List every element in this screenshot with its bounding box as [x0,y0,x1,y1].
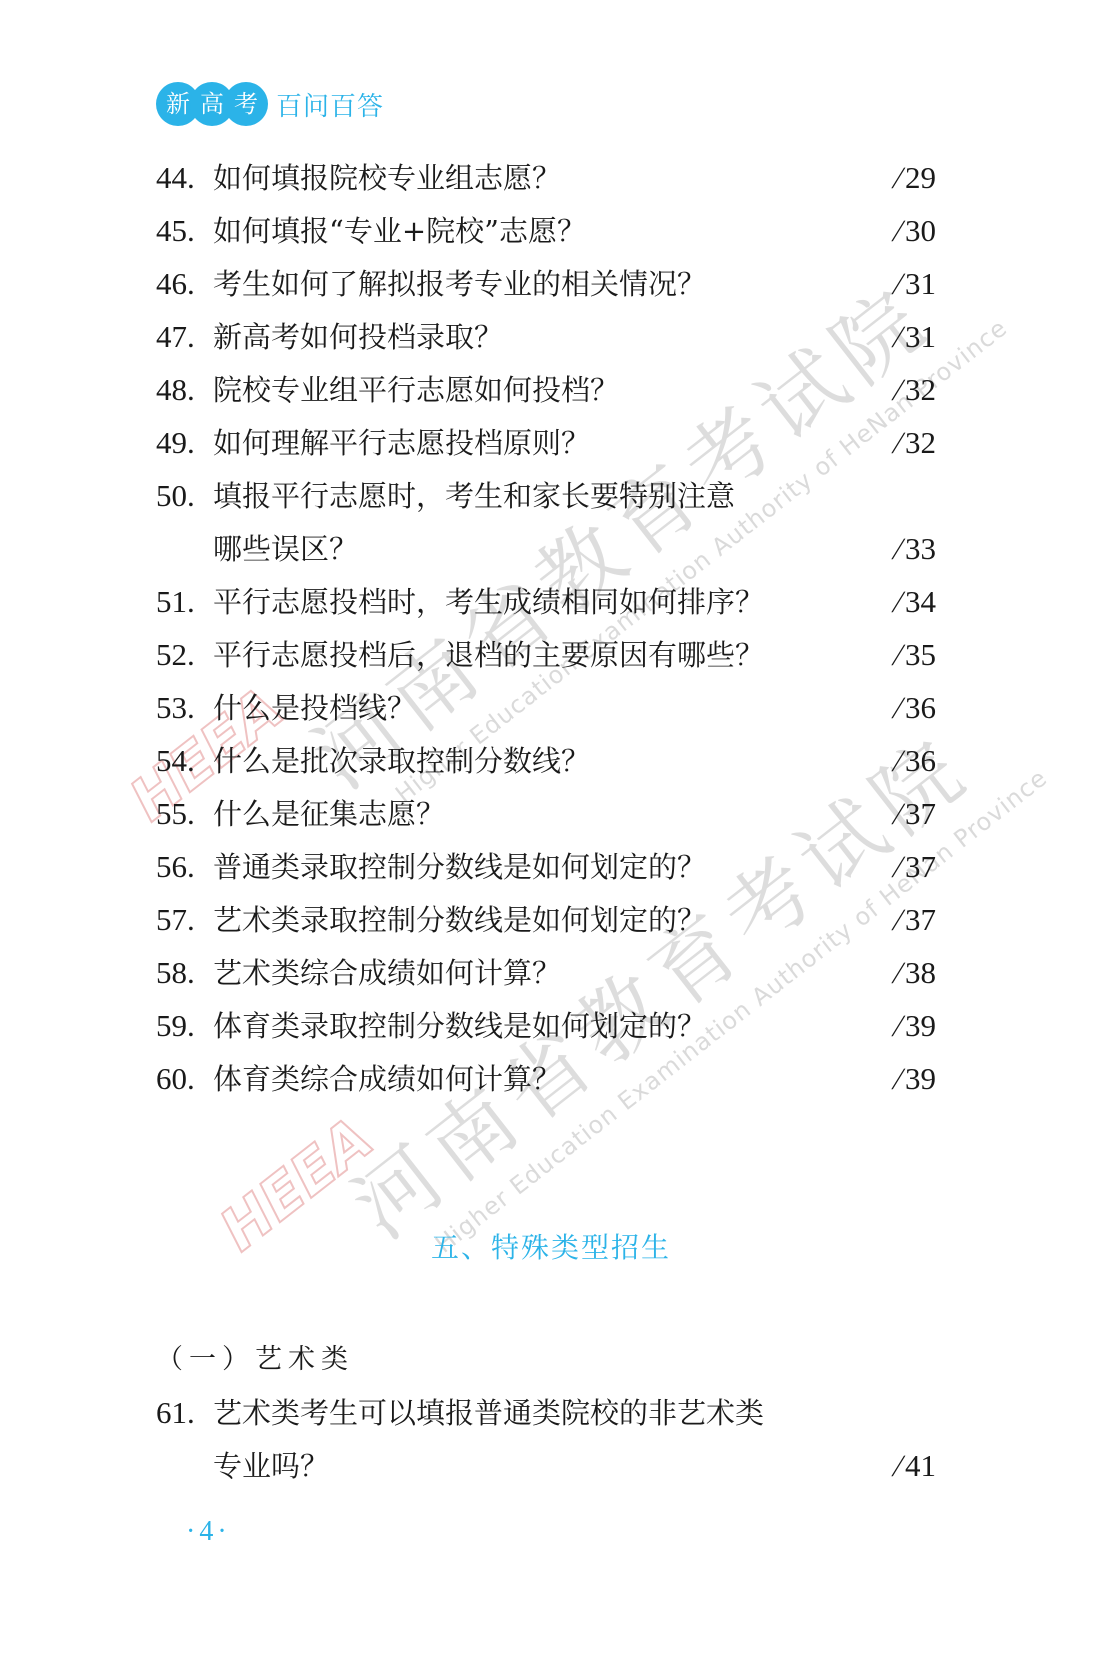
toc-entry[interactable]: 46. 考生如何了解拟报考专业的相关情况？ /31 [156,264,936,304]
toc-entry[interactable]: 45. 如何填报“专业+院校”志愿？ /30 [156,211,936,251]
toc-entry[interactable]: 60. 体育类综合成绩如何计算？ /39 [156,1059,936,1099]
entry-title: 艺术类录取控制分数线是如何划定的？ [213,900,706,940]
entry-number: 54. [156,741,195,781]
toc-entry[interactable]: 59. 体育类录取控制分数线是如何划定的？ /39 [156,1006,936,1046]
toc-entry[interactable]: 57. 艺术类录取控制分数线是如何划定的？ /37 [156,900,936,940]
series-logo: 新 高 考 [156,82,268,126]
entry-number: 46. [156,264,195,304]
entry-title: 考生如何了解拟报考专业的相关情况？ [213,264,706,304]
entry-number: 52. [156,635,195,675]
toc-entry[interactable]: 48. 院校专业组平行志愿如何投档？ /32 [156,370,936,410]
entry-number: 61. [156,1393,195,1433]
entry-title: 如何理解平行志愿投档原则？ [213,423,590,463]
entry-number: 53. [156,688,195,728]
entry-page: /31 [894,264,936,304]
entry-number: 55. [156,794,195,834]
entry-title: 平行志愿投档时，考生成绩相同如何排序？ [213,582,764,622]
entry-title: 填报平行志愿时，考生和家长要特别注意 [213,476,735,516]
entry-number: 49. [156,423,195,463]
section-heading: 五、特殊类型招生 [0,1226,1102,1266]
entry-title: 体育类录取控制分数线是如何划定的？ [213,1006,706,1046]
entry-page: /32 [894,370,936,410]
entry-number: 57. [156,900,195,940]
toc-entry[interactable]: 58. 艺术类综合成绩如何计算？ /38 [156,953,936,993]
entry-page: /36 [894,688,936,728]
entry-number: 47. [156,317,195,357]
entry-title: 什么是投档线？ [213,688,416,728]
entry-title: 新高考如何投档录取？ [213,317,503,357]
entry-title-continuation: 专业吗？ [213,1446,329,1486]
entry-number: 59. [156,1006,195,1046]
entry-number: 58. [156,953,195,993]
entry-page: /35 [894,635,936,675]
entry-number: 56. [156,847,195,887]
entry-page: /39 [894,1059,936,1099]
subsection-heading: （一）艺术类 [156,1340,354,1380]
entry-title: 艺术类考生可以填报普通类院校的非艺术类 [213,1393,764,1433]
entry-title-continuation: 哪些误区？ [213,529,358,569]
toc-entry[interactable]: 54. 什么是批次录取控制分数线？ /36 [156,741,936,781]
toc-entry[interactable]: 44. 如何填报院校专业组志愿？ /29 [156,158,936,198]
entry-title: 平行志愿投档后，退档的主要原因有哪些？ [213,635,764,675]
entry-number: 50. [156,476,195,516]
series-title: 百问百答 [276,86,384,123]
toc-entry[interactable]: 51. 平行志愿投档时，考生成绩相同如何排序？ /34 [156,582,936,622]
book-header: 新 高 考 百问百答 [156,82,384,126]
page-number: ·4· [186,1516,231,1548]
entry-page: /39 [894,1006,936,1046]
entry-page: /33 [894,529,936,569]
toc-entry-continuation[interactable]: 专业吗？ /41 [156,1446,936,1486]
entry-page: /38 [894,953,936,993]
entry-page: /37 [894,794,936,834]
entry-title: 什么是批次录取控制分数线？ [213,741,590,781]
entry-page: /41 [894,1446,936,1486]
entry-page: /37 [894,900,936,940]
toc-entry[interactable]: 47. 新高考如何投档录取？ /31 [156,317,936,357]
toc-entry-continuation[interactable]: 哪些误区？ /33 [156,529,936,569]
toc-entry[interactable]: 49. 如何理解平行志愿投档原则？ /32 [156,423,936,463]
entry-title: 如何填报“专业+院校”志愿？ [213,211,586,251]
toc-entry[interactable]: 55. 什么是征集志愿？ /37 [156,794,936,834]
toc-entry[interactable]: 53. 什么是投档线？ /36 [156,688,936,728]
entry-title: 如何填报院校专业组志愿？ [213,158,561,198]
entry-number: 45. [156,211,195,251]
entry-page: /31 [894,317,936,357]
entry-page: /34 [894,582,936,622]
entry-title: 普通类录取控制分数线是如何划定的？ [213,847,706,887]
toc-entry[interactable]: 56. 普通类录取控制分数线是如何划定的？ /37 [156,847,936,887]
toc-entry[interactable]: 52. 平行志愿投档后，退档的主要原因有哪些？ /35 [156,635,936,675]
entry-title: 艺术类综合成绩如何计算？ [213,953,561,993]
entry-page: /30 [894,211,936,251]
entry-number: 44. [156,158,195,198]
toc-entry[interactable]: 50. 填报平行志愿时，考生和家长要特别注意 [156,476,936,516]
toc-entry[interactable]: 61. 艺术类考生可以填报普通类院校的非艺术类 [156,1393,936,1433]
entry-number: 51. [156,582,195,622]
entry-number: 60. [156,1059,195,1099]
logo-bubble: 考 [224,82,268,126]
entry-page: /32 [894,423,936,463]
entry-page: /37 [894,847,936,887]
entry-title: 体育类综合成绩如何计算？ [213,1059,561,1099]
entry-page: /29 [894,158,936,198]
entry-page: /36 [894,741,936,781]
entry-title: 院校专业组平行志愿如何投档？ [213,370,619,410]
entry-title: 什么是征集志愿？ [213,794,445,834]
entry-number: 48. [156,370,195,410]
